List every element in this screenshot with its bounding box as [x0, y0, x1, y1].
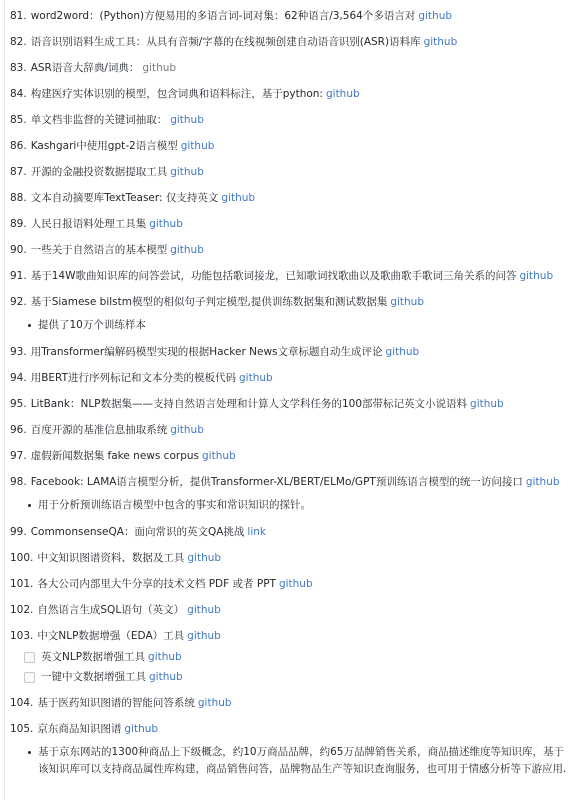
list-item: 94.用BERT进行序列标记和文本分类的模板代码github [10, 370, 571, 386]
item-number: 99. [10, 526, 27, 538]
list-item: 105.京东商品知识图谱github基于京东网站的1300种商品上下级概念，约1… [10, 721, 571, 778]
item-number: 93. [10, 346, 27, 358]
item-number: 88. [10, 192, 27, 204]
github-link[interactable]: github [148, 650, 182, 665]
github-link[interactable]: github [424, 36, 458, 48]
github-link[interactable]: github [142, 62, 176, 74]
item-text: Facebook: LAMA语言模型分析，提供Transformer-XL/BE… [31, 476, 523, 488]
item-text: 自然语言生成SQL语句（英文） [37, 604, 184, 616]
bullet-icon [28, 751, 31, 754]
sub-bullet-text: 提供了10万个训练样本 [38, 317, 571, 334]
github-link[interactable]: github [202, 450, 236, 462]
github-link[interactable]: github [279, 578, 313, 590]
item-text: 中文NLP数据增强（EDA）工具 [37, 630, 184, 642]
resource-list: 81.word2word：(Python)方便易用的多语言词-词对集：62种语言… [10, 8, 571, 778]
github-link[interactable]: github [221, 192, 255, 204]
github-link[interactable]: github [181, 140, 215, 152]
item-text: 单文档非监督的关键词抽取： [31, 114, 168, 126]
item-text: 文本自动摘要库TextTeaser: 仅支持英文 [31, 192, 219, 204]
sub-bullet-text: 用于分析预训练语言模型中包含的事实和常识知识的探针。 [38, 497, 571, 514]
sub-bullet-text: 基于京东网站的1300种商品上下级概念，约10万商品品牌，约65万品牌销售关系，… [38, 744, 571, 778]
list-item: 88.文本自动摘要库TextTeaser: 仅支持英文github [10, 190, 571, 206]
checkbox-icon [24, 672, 35, 683]
item-text: 基于14W歌曲知识库的问答尝试，功能包括歌词接龙，已知歌词找歌曲以及歌曲歌手歌词… [31, 270, 517, 282]
item-number: 82. [10, 36, 27, 48]
task-label: 一键中文数据增强工具 [41, 670, 146, 685]
list-item: 93.用Transformer编解码模型实现的根据Hacker News文章标题… [10, 344, 571, 360]
list-item: 87.开源的金融投资数据提取工具github [10, 164, 571, 180]
github-link[interactable]: github [198, 697, 232, 709]
item-number: 105. [10, 723, 33, 735]
task-list: 英文NLP数据增强工具github一键中文数据增强工具github [24, 650, 571, 685]
github-link[interactable]: github [519, 270, 553, 282]
item-text: 中文知识图谱资料、数据及工具 [37, 552, 184, 564]
item-text: 基于医药知识图谱的智能问答系统 [37, 697, 195, 709]
item-number: 95. [10, 398, 27, 410]
list-item: 84.构建医疗实体识别的模型，包含词典和语料标注，基于python:github [10, 86, 571, 102]
list-item: 95.LitBank：NLP数据集——支持自然语言处理和计算人文学科任务的100… [10, 396, 571, 412]
checkbox-icon [24, 652, 35, 663]
list-item: 83.ASR语音大辞典/词典：github [10, 60, 571, 76]
github-link[interactable]: github [470, 398, 504, 410]
item-text: 用Transformer编解码模型实现的根据Hacker News文章标题自动生… [31, 346, 383, 358]
item-text: 各大公司内部里大牛分享的技术文档 PDF 或者 PPT [37, 578, 276, 590]
github-link[interactable]: github [526, 476, 560, 488]
sub-bullet-list: 提供了10万个训练样本 [28, 317, 571, 334]
item-text: 用BERT进行序列标记和文本分类的模板代码 [31, 372, 236, 384]
item-number: 104. [10, 697, 33, 709]
list-item: 92.基于Siamese bilstm模型的相似句子判定模型,提供训练数据集和测… [10, 294, 571, 334]
item-number: 92. [10, 296, 27, 308]
list-item: 89.人民日报语料处理工具集github [10, 216, 571, 232]
item-number: 100. [10, 552, 33, 564]
list-item: 82.语音识别语料生成工具：从具有音频/字幕的在线视频创建自动语音识别(ASR)… [10, 34, 571, 50]
list-item: 101.各大公司内部里大牛分享的技术文档 PDF 或者 PPTgithub [10, 576, 571, 592]
sub-bullet-list: 基于京东网站的1300种商品上下级概念，约10万商品品牌，约65万品牌销售关系，… [28, 744, 571, 778]
item-text: 构建医疗实体识别的模型，包含词典和语料标注，基于python: [31, 88, 323, 100]
sub-bullet: 基于京东网站的1300种商品上下级概念，约10万商品品牌，约65万品牌销售关系，… [28, 744, 571, 778]
github-link[interactable]: github [418, 10, 452, 22]
github-link[interactable]: github [170, 244, 204, 256]
github-link[interactable]: github [386, 346, 420, 358]
task-item: 英文NLP数据增强工具github [24, 650, 571, 665]
item-number: 89. [10, 218, 27, 230]
item-number: 94. [10, 372, 27, 384]
item-text: 一些关于自然语言的基本模型 [31, 244, 168, 256]
item-number: 96. [10, 424, 27, 436]
item-number: 84. [10, 88, 27, 100]
item-number: 97. [10, 450, 27, 462]
list-item: 81.word2word：(Python)方便易用的多语言词-词对集：62种语言… [10, 8, 571, 24]
github-link[interactable]: github [187, 552, 221, 564]
github-link[interactable]: github [149, 218, 183, 230]
github-link[interactable]: github [149, 670, 183, 685]
github-link[interactable]: github [326, 88, 360, 100]
github-link[interactable]: github [124, 723, 158, 735]
github-link[interactable]: github [187, 630, 221, 642]
item-number: 98. [10, 476, 27, 488]
list-item: 97.虚假新闻数据集 fake news corpusgithub [10, 448, 571, 464]
item-text: 人民日报语料处理工具集 [31, 218, 147, 230]
item-number: 86. [10, 140, 27, 152]
item-number: 102. [10, 604, 33, 616]
sub-bullet: 提供了10万个训练样本 [28, 317, 571, 334]
list-item: 91.基于14W歌曲知识库的问答尝试，功能包括歌词接龙，已知歌词找歌曲以及歌曲歌… [10, 268, 571, 284]
item-number: 85. [10, 114, 27, 126]
item-number: 81. [10, 10, 27, 22]
item-text: Kashgari中使用gpt-2语言模型 [31, 140, 178, 152]
list-item: 103.中文NLP数据增强（EDA）工具github英文NLP数据增强工具git… [10, 628, 571, 685]
item-number: 101. [10, 578, 33, 590]
item-text: CommonsenseQA：面向常识的英文QA挑战 [31, 526, 245, 538]
item-number: 87. [10, 166, 27, 178]
item-text: word2word：(Python)方便易用的多语言词-词对集：62种语言/3,… [31, 10, 416, 22]
bullet-icon [28, 324, 31, 327]
github-link[interactable]: github [187, 604, 221, 616]
github-link[interactable]: github [170, 114, 204, 126]
github-link[interactable]: github [390, 296, 424, 308]
task-item: 一键中文数据增强工具github [24, 670, 571, 685]
item-number: 83. [10, 62, 27, 74]
list-item: 90.一些关于自然语言的基本模型github [10, 242, 571, 258]
sub-bullet-list: 用于分析预训练语言模型中包含的事实和常识知识的探针。 [28, 497, 571, 514]
github-link[interactable]: github [239, 372, 273, 384]
link-link[interactable]: link [247, 526, 266, 538]
github-link[interactable]: github [170, 166, 204, 178]
readme-content: 81.word2word：(Python)方便易用的多语言词-词对集：62种语言… [4, 0, 579, 800]
item-text: ASR语音大辞典/词典： [31, 62, 140, 74]
list-item: 96.百度开源的基准信息抽取系统github [10, 422, 571, 438]
item-number: 91. [10, 270, 27, 282]
task-label: 英文NLP数据增强工具 [41, 650, 145, 665]
item-text: 百度开源的基准信息抽取系统 [31, 424, 168, 436]
bullet-icon [28, 504, 31, 507]
item-text: 基于Siamese bilstm模型的相似句子判定模型,提供训练数据集和测试数据… [31, 296, 388, 308]
item-number: 90. [10, 244, 27, 256]
item-text: 虚假新闻数据集 fake news corpus [31, 450, 199, 462]
item-text: LitBank：NLP数据集——支持自然语言处理和计算人文学科任务的100部带标… [31, 398, 467, 410]
github-link[interactable]: github [170, 424, 204, 436]
list-item: 86.Kashgari中使用gpt-2语言模型github [10, 138, 571, 154]
list-item: 98.Facebook: LAMA语言模型分析，提供Transformer-XL… [10, 474, 571, 514]
item-text: 语音识别语料生成工具：从具有音频/字幕的在线视频创建自动语音识别(ASR)语料库 [31, 36, 421, 48]
list-item: 102.自然语言生成SQL语句（英文）github [10, 602, 571, 618]
item-text: 京东商品知识图谱 [37, 723, 121, 735]
list-item: 99.CommonsenseQA：面向常识的英文QA挑战link [10, 524, 571, 540]
list-item: 100.中文知识图谱资料、数据及工具github [10, 550, 571, 566]
sub-bullet: 用于分析预训练语言模型中包含的事实和常识知识的探针。 [28, 497, 571, 514]
list-item: 104.基于医药知识图谱的智能问答系统github [10, 695, 571, 711]
item-text: 开源的金融投资数据提取工具 [31, 166, 168, 178]
list-item: 85.单文档非监督的关键词抽取：github [10, 112, 571, 128]
item-number: 103. [10, 630, 33, 642]
